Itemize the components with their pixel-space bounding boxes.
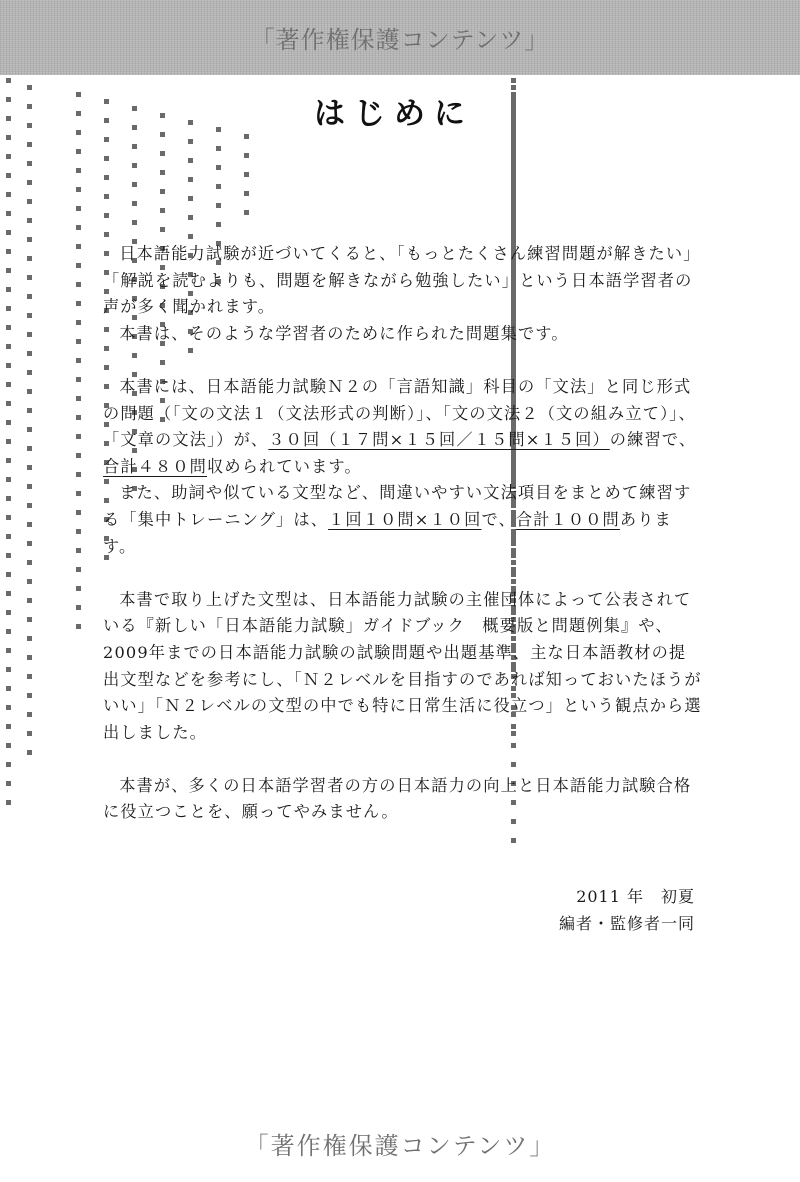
signature-block: 2011 年 初夏 編者・監修者一同 bbox=[559, 883, 695, 937]
preface-body: 日本語能力試験が近づいてくると、「もっとたくさん練習問題が解きたい」「解説を読む… bbox=[103, 241, 703, 826]
p4-underlined-rounds: １回１０問×１０回 bbox=[328, 510, 481, 529]
p3-text-middle: の練習で、 bbox=[610, 430, 696, 449]
paragraph-5: 本書で取り上げた文型は、日本語能力試験の主催団体によって公表されている『新しい「… bbox=[103, 587, 703, 747]
paragraph-gap bbox=[103, 560, 703, 587]
p3-text-after: 収められています。 bbox=[207, 457, 362, 476]
signature-authors: 編者・監修者一同 bbox=[559, 910, 695, 937]
p3-underlined-total: 合計４８０問 bbox=[103, 457, 207, 476]
watermark-bottom: 「著作権保護コンテンツ」 bbox=[0, 1126, 800, 1161]
paragraph-3: 本書には、日本語能力試験Ｎ２の「言語知識」科目の「文法」と同じ形式の問題（「文の… bbox=[103, 374, 703, 480]
p4-underlined-total: 合計１００問 bbox=[516, 510, 620, 529]
paragraph-gap bbox=[103, 347, 703, 374]
paragraph-2: 本書は、そのような学習者のために作られた問題集です。 bbox=[103, 321, 703, 348]
page-title: はじめに bbox=[0, 88, 788, 133]
signature-date: 2011 年 初夏 bbox=[559, 883, 695, 910]
p4-text-middle: で、 bbox=[481, 510, 515, 529]
watermark-top: 「著作権保護コンテンツ」 bbox=[0, 20, 800, 55]
p3-underlined-rounds: ３０回（１７問×１５回／１５問×１５回） bbox=[268, 430, 610, 449]
paragraph-4: また、助詞や似ている文型など、間違いやすい文法項目をまとめて練習する「集中トレー… bbox=[103, 480, 703, 560]
paragraph-gap bbox=[103, 746, 703, 773]
paragraph-1: 日本語能力試験が近づいてくると、「もっとたくさん練習問題が解きたい」「解説を読む… bbox=[103, 241, 703, 321]
paragraph-6: 本書が、多くの日本語学習者の方の日本語力の向上と日本語能力試験合格に役立つことを… bbox=[103, 773, 703, 826]
